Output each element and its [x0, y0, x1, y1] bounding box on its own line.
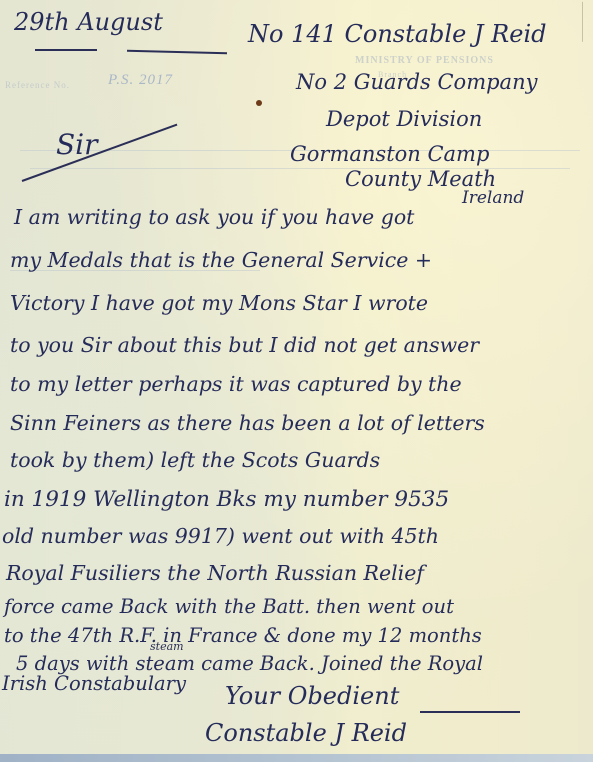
bleed-heading: MINISTRY OF PENSIONS [355, 55, 494, 66]
body-line: in 1919 Wellington Bks my number 9535 [4, 487, 449, 512]
body-line: to you Sir about this but I did not get … [10, 333, 479, 357]
address-line: Ireland [462, 188, 524, 208]
ink-stain [256, 100, 262, 106]
page-fold [582, 0, 593, 42]
scan-edge [0, 754, 593, 762]
body-line: to the 47th R.F. in France & done my 12 … [4, 624, 482, 647]
salutation-underline [22, 124, 178, 182]
closing: Your Obedient [225, 682, 399, 710]
address-line: Gormanston Camp [290, 142, 489, 166]
letter-page: MINISTRY OF PENSIONS Branch Reference No… [0, 0, 593, 762]
body-line: my Medals that is the General Service + [10, 248, 432, 272]
body-line: old number was 9917) went out with 45th [2, 524, 439, 548]
body-line: force came Back with the Batt. then went… [4, 595, 454, 618]
bleed-reference-value: P.S. 2017 [108, 72, 173, 89]
sender-line: No 141 Constable J Reid [248, 20, 547, 48]
signature: Constable J Reid [205, 719, 407, 747]
body-line: to my letter perhaps it was captured by … [10, 372, 462, 396]
closing-underline [420, 711, 520, 713]
body-line: I am writing to ask you if you have got [14, 205, 414, 229]
body-line: took by them) left the Scots Guards [10, 448, 380, 472]
date-underline [35, 49, 97, 51]
date-underline [127, 50, 227, 55]
body-line: Sinn Feiners as there has been a lot of … [10, 411, 485, 435]
body-line: Irish Constabulary [2, 672, 186, 695]
bleed-reference-label: Reference No. [5, 80, 70, 90]
body-line: Victory I have got my Mons Star I wrote [10, 291, 428, 315]
letter-date: 29th August [14, 8, 163, 36]
address-line: Depot Division [326, 107, 482, 131]
body-line: Royal Fusiliers the North Russian Relief [6, 561, 424, 585]
address-line: No 2 Guards Company [296, 70, 537, 94]
